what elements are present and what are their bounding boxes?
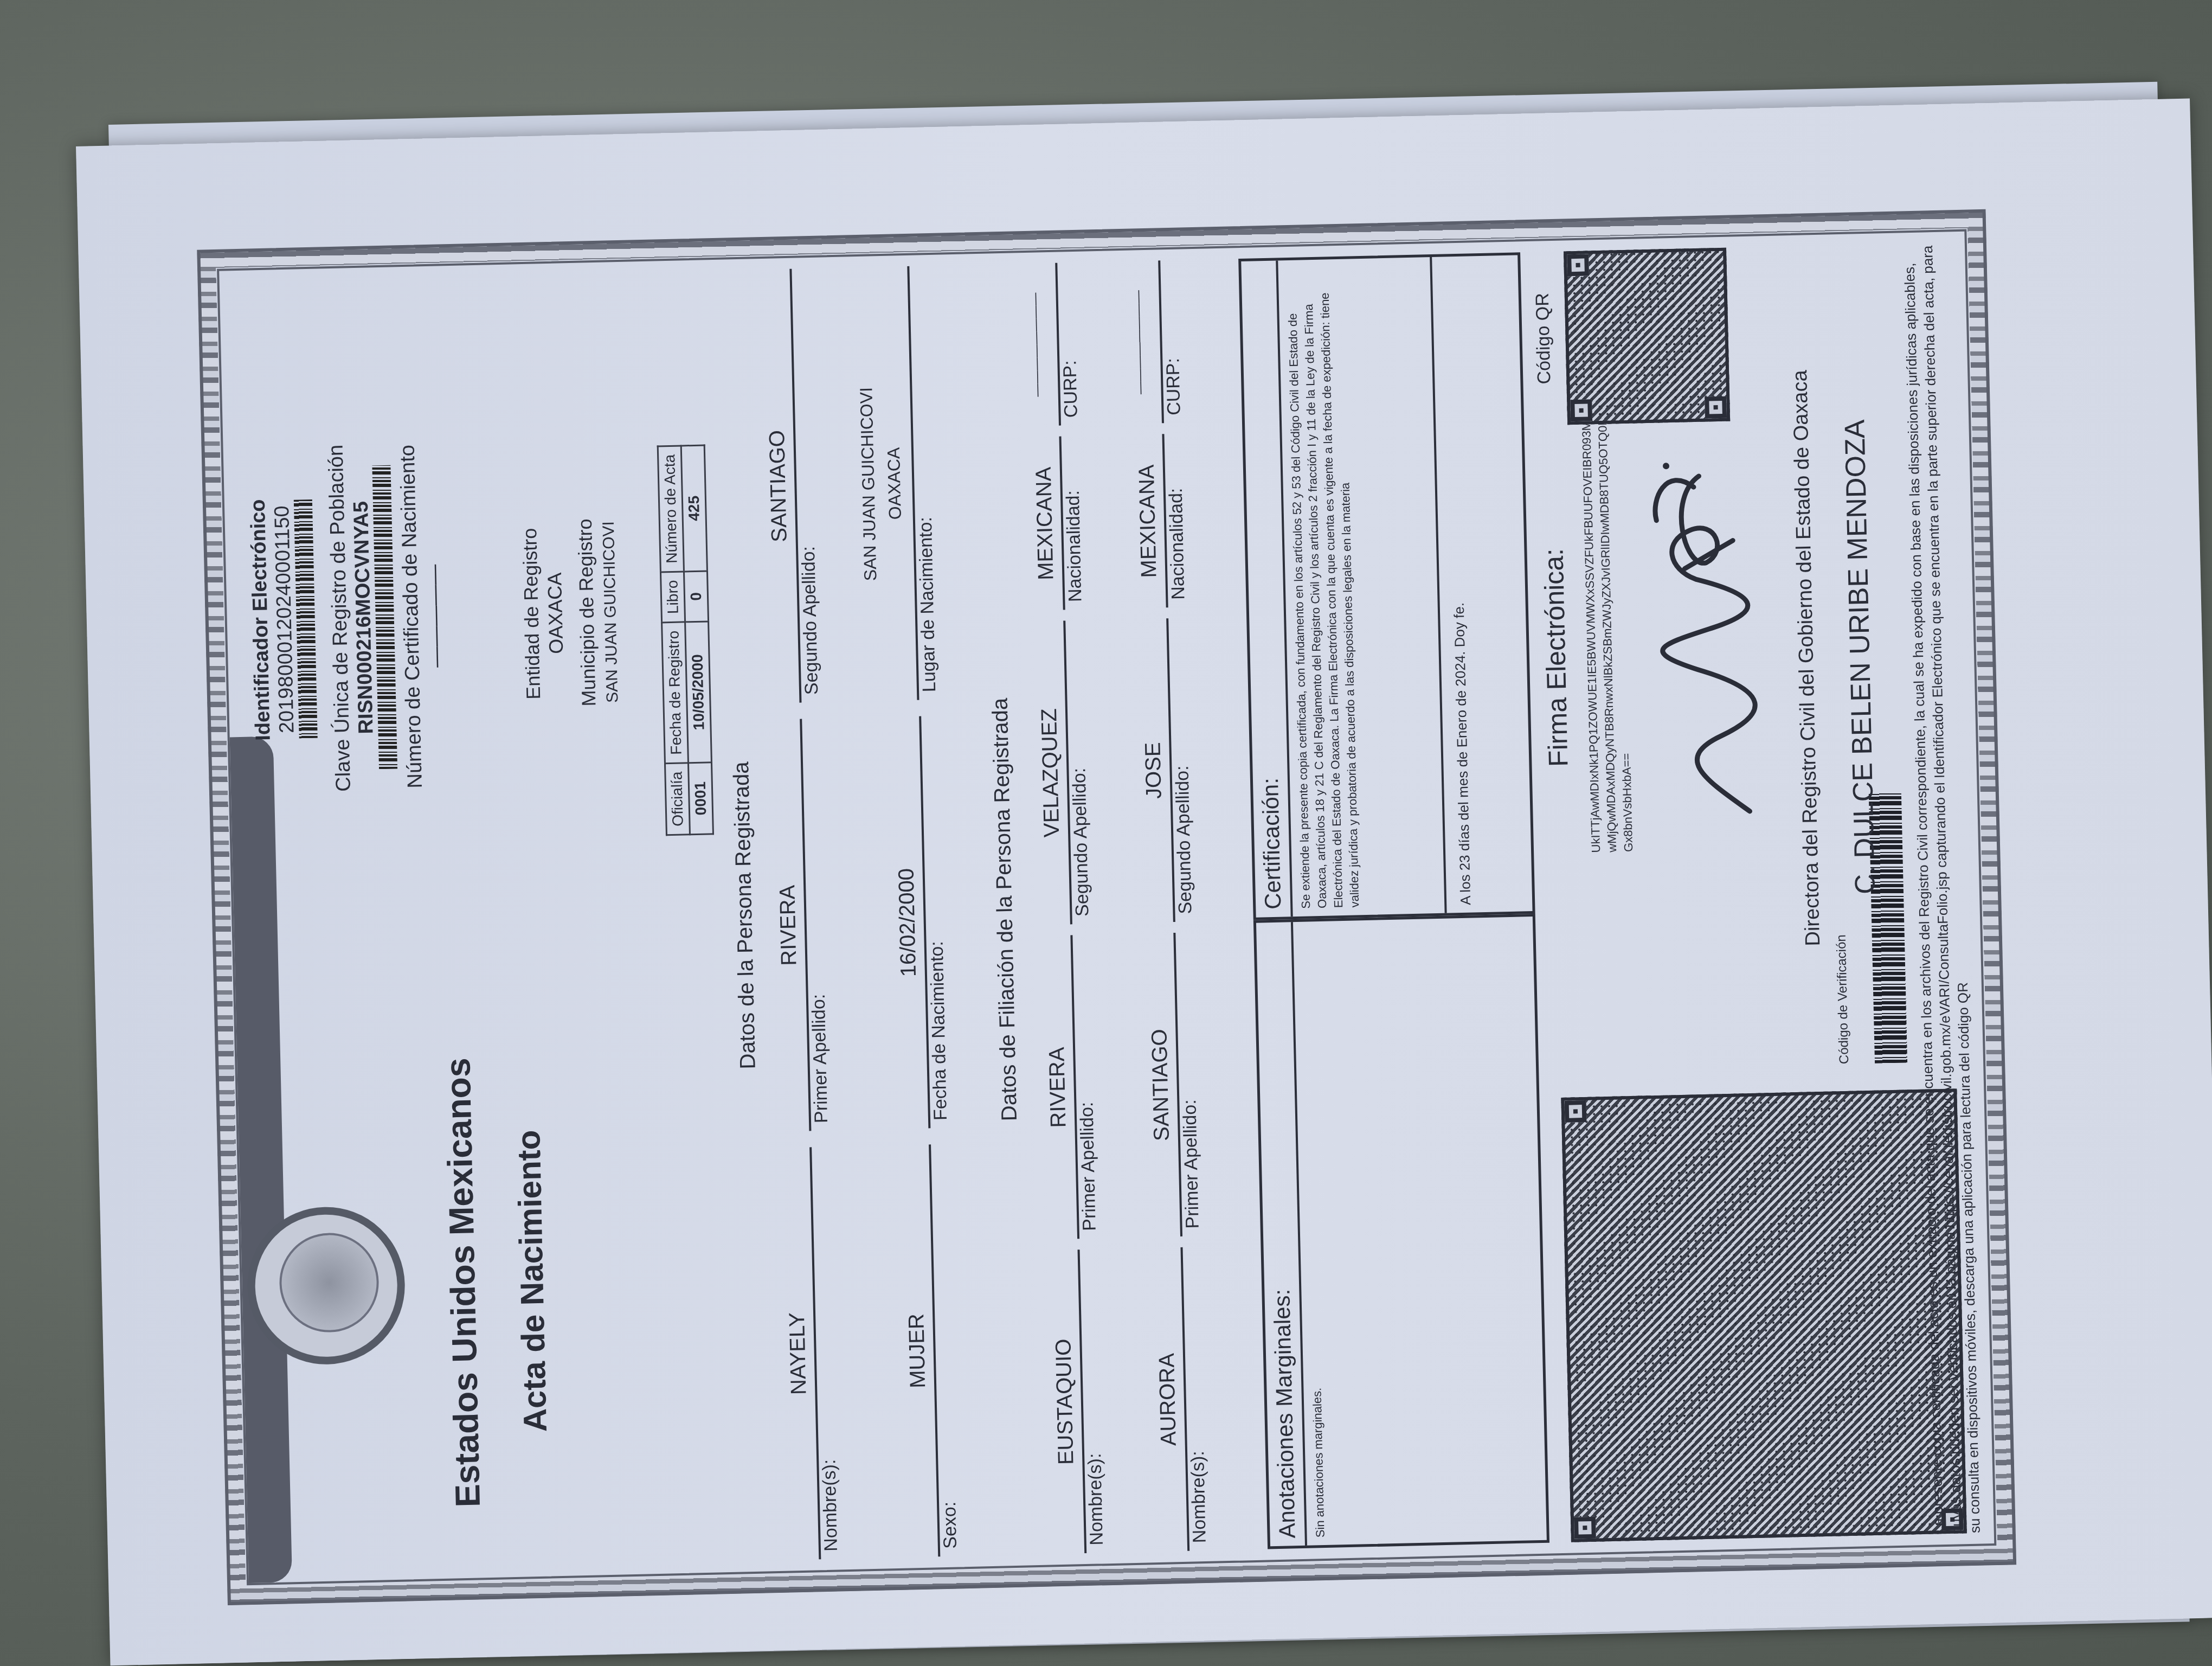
padre-segundo-apellido-field: VELAZQUEZ Segundo Apellido: bbox=[1035, 620, 1094, 925]
madre-curp-field: ———————— CURP: bbox=[1130, 260, 1185, 424]
firma-qr-code bbox=[1564, 248, 1730, 425]
madre-curp-label: CURP: bbox=[1160, 260, 1185, 423]
persona-primer-apellido-field: RIVERA Primer Apellido: bbox=[771, 719, 832, 1132]
persona-birth-row: MUJER Sexo: 16/02/2000 Fecha de Nacimien… bbox=[853, 267, 883, 1558]
certificacion-box: Certificación: Se extiende la presente c… bbox=[1238, 252, 1535, 920]
padre-curp: ———————— bbox=[1027, 263, 1057, 426]
persona-lugar-nacimiento-label: Lugar de Nacimiento: bbox=[909, 266, 940, 700]
padre-row: EUSTAQUIO Nombre(s): RIVERA Primer Apell… bbox=[1027, 264, 1056, 1554]
persona-segundo-apellido-label: Segundo Apellido: bbox=[792, 268, 822, 703]
persona-nombre-label: Nombre(s): bbox=[812, 1146, 842, 1559]
qr-label: Código QR bbox=[1531, 241, 1557, 437]
padre-curp-field: ———————— CURP: bbox=[1027, 262, 1082, 426]
header-oficialia: Oficialía bbox=[665, 763, 690, 835]
certificacion-text: Se extiende la presente copia certificad… bbox=[1278, 257, 1446, 917]
header-libro: Libro bbox=[660, 572, 685, 623]
madre-nacionalidad-label: Nacionalidad: bbox=[1164, 433, 1189, 607]
madre-nombre-field: AURORA Nombre(s): bbox=[1152, 1247, 1211, 1552]
birth-certificate-page: Estados Unidos Mexicanos Acta de Nacimie… bbox=[197, 209, 2016, 1605]
madre-segundo-apellido-field: JOSE Segundo Apellido: bbox=[1138, 618, 1197, 922]
padre-primer-apellido-field: RIVERA Primer Apellido: bbox=[1042, 934, 1101, 1239]
persona-nombre-field: NAYELY Nombre(s): bbox=[781, 1146, 842, 1560]
padre-nombre-field: EUSTAQUIO Nombre(s): bbox=[1050, 1249, 1108, 1554]
value-libro: 0 bbox=[684, 571, 708, 622]
madre-segundo-apellido: JOSE bbox=[1138, 618, 1171, 922]
persona-section-title: Datos de la Persona Registrada bbox=[718, 270, 771, 1561]
padre-nacionalidad-label: Nacionalidad: bbox=[1061, 436, 1086, 610]
madre-nacionalidad-field: MEXICANA Nacionalidad: bbox=[1134, 433, 1189, 608]
madre-nacionalidad: MEXICANA bbox=[1134, 434, 1163, 608]
value-fecha-registro: 10/05/2000 bbox=[685, 621, 712, 763]
registration-table: Oficialía Fecha de Registro Libro Número… bbox=[657, 444, 714, 836]
country-title: Estados Unidos Mexicanos bbox=[436, 997, 490, 1567]
persona-fecha-nacimiento-field: 16/02/2000 Fecha de Nacimiento: bbox=[864, 716, 951, 1130]
handwritten-signature bbox=[1633, 442, 1783, 825]
value-numero-acta: 425 bbox=[681, 445, 707, 572]
padre-segundo-apellido: VELAZQUEZ bbox=[1035, 621, 1068, 925]
padre-curp-label: CURP: bbox=[1057, 262, 1082, 426]
verification-qr-code-large bbox=[1561, 1088, 1966, 1542]
padre-primer-apellido: RIVERA bbox=[1042, 935, 1075, 1240]
anotaciones-box: Anotaciones Marginales: Sin anotaciones … bbox=[1253, 914, 1549, 1549]
identifier-block: Identificador Electrónico 20198000120240… bbox=[242, 304, 454, 932]
padre-nombre: EUSTAQUIO bbox=[1050, 1249, 1083, 1554]
madre-row: AURORA Nombre(s): SANTIAGO Primer Apelli… bbox=[1130, 261, 1159, 1552]
filiacion-section-title: Datos de Filiación de la Persona Registr… bbox=[978, 264, 1032, 1555]
value-oficialia: 0001 bbox=[688, 762, 713, 835]
firma-title: Firma Electrónica: bbox=[1538, 548, 1574, 767]
padre-nacionalidad-field: MEXICANA Nacionalidad: bbox=[1031, 436, 1086, 611]
registration-block: Entidad de Registro OAXACA Municipio de … bbox=[513, 300, 630, 926]
persona-sexo-field: MUJER Sexo: bbox=[873, 1144, 961, 1558]
verificacion-label: Código de Verificación bbox=[1834, 934, 1852, 1064]
persona-primer-apellido-label: Primer Apellido: bbox=[802, 719, 832, 1131]
persona-segundo-apellido-field: SANTIAGO Segundo Apellido: bbox=[761, 268, 822, 703]
madre-primer-apellido-field: SANTIAGO Primer Apellido: bbox=[1145, 932, 1204, 1237]
madre-nombre: AURORA bbox=[1152, 1247, 1185, 1552]
certificate-content: Estados Unidos Mexicanos Acta de Nacimie… bbox=[230, 242, 1983, 1572]
persona-fecha-nacimiento-label: Fecha de Nacimiento: bbox=[921, 716, 951, 1129]
persona-sexo-label: Sexo: bbox=[931, 1144, 961, 1556]
directora-cargo: Directora del Registro Civil del Gobiern… bbox=[1786, 251, 1828, 1065]
madre-curp: ———————— bbox=[1130, 261, 1160, 424]
persona-lugar-nacimiento-field: SAN JUAN GUICHICOVI OAXACA Lugar de Naci… bbox=[853, 266, 940, 701]
padre-nacionalidad: MEXICANA bbox=[1031, 437, 1061, 611]
header-numero-acta: Número de Acta bbox=[658, 446, 684, 572]
document-title: Acta de Nacimiento bbox=[507, 996, 557, 1566]
header-fecha-registro: Fecha de Registro bbox=[662, 622, 689, 764]
madre-primer-apellido: SANTIAGO bbox=[1145, 933, 1178, 1237]
